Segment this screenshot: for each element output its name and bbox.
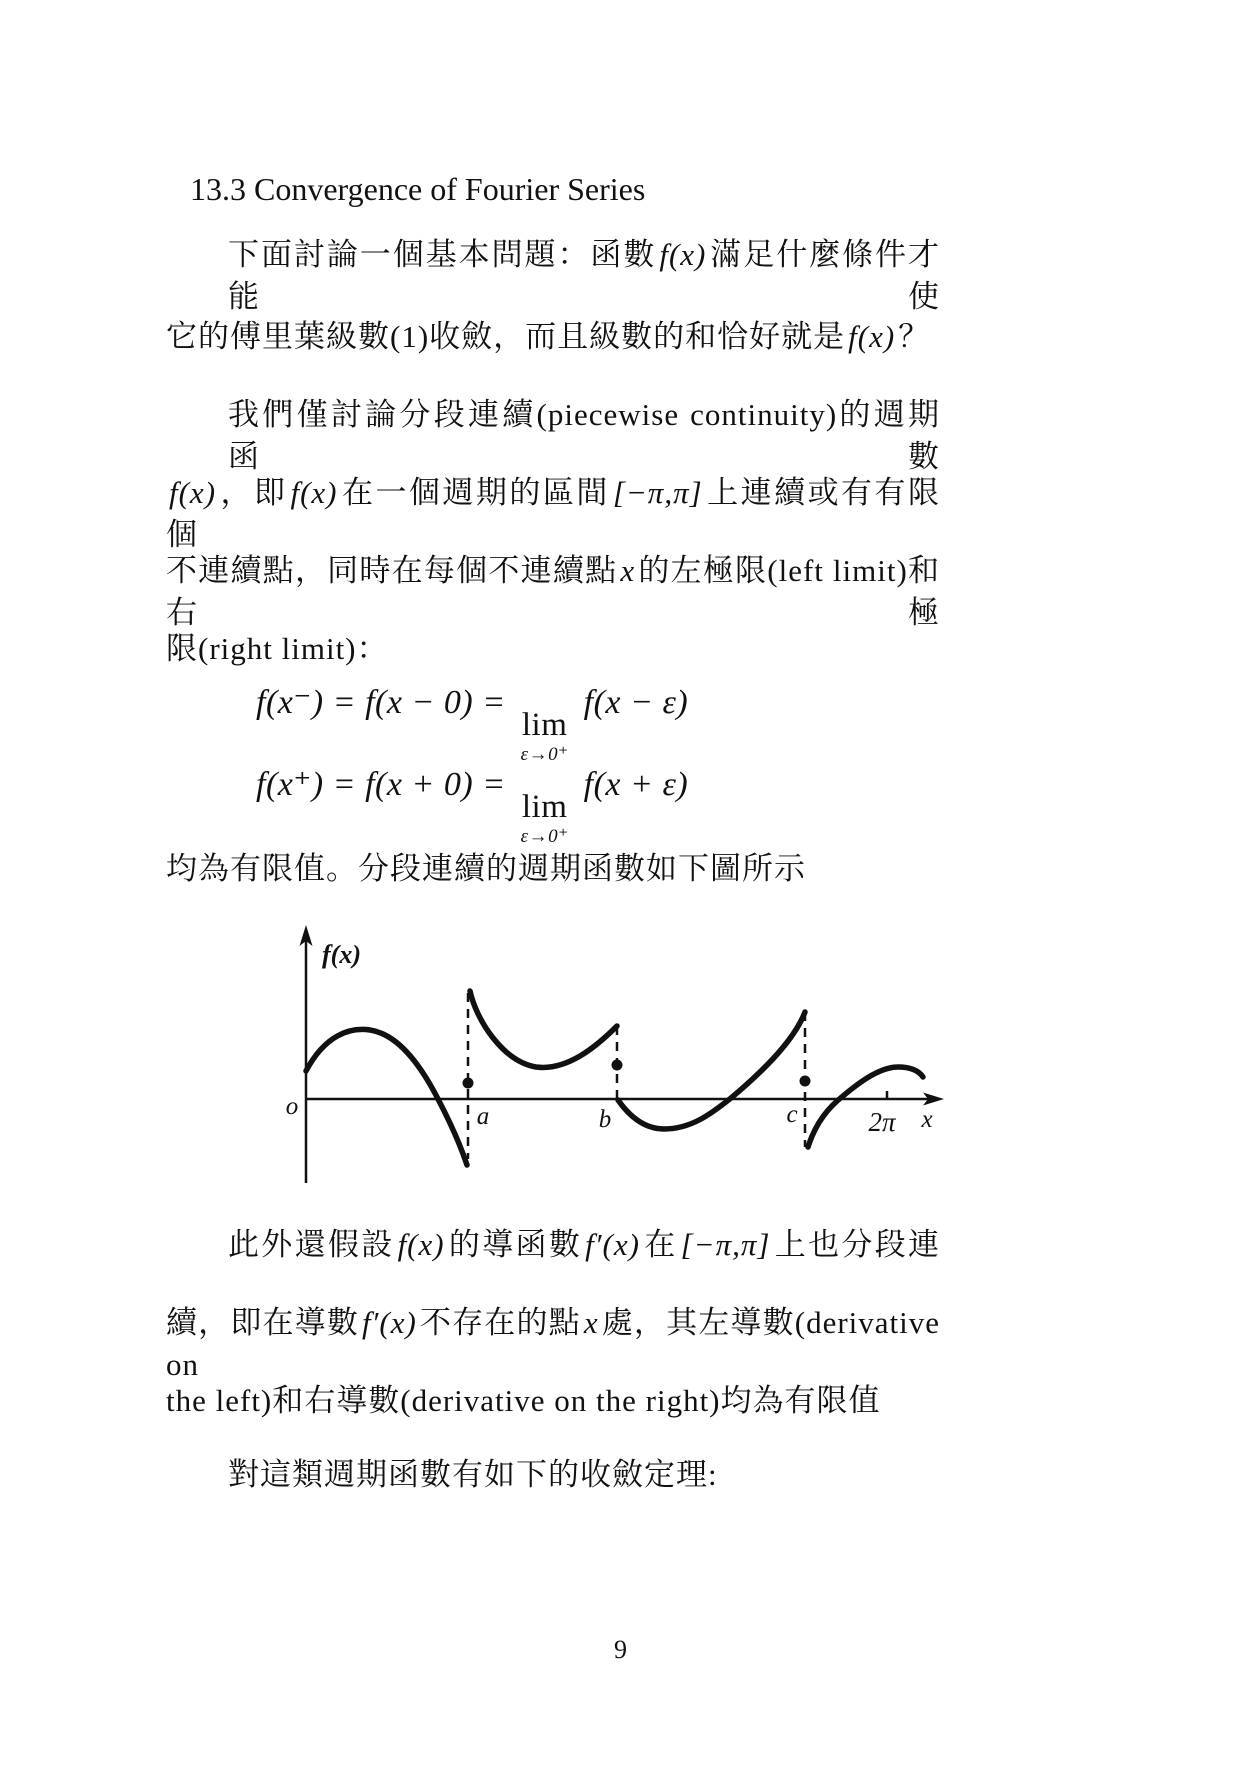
inline-text: 不存在的點 (420, 1305, 581, 1340)
figure-svg: f(x) o a b c 2π x (270, 915, 960, 1190)
section-title: 13.3 Convergence of Fourier Series (190, 168, 645, 211)
curve-segment-3 (618, 1012, 805, 1129)
inline-text: ？ (898, 319, 930, 354)
inline-math: f(x) (395, 1227, 448, 1262)
inline-text: 的導函數 (448, 1227, 583, 1262)
piecewise-function-figure: f(x) o a b c 2π x (270, 915, 960, 1190)
inline-math: x (617, 553, 638, 588)
inline-text: 我們僅討論分段連續(piecewise continuity)的週期函數 (228, 397, 940, 474)
inline-math: [−π,π] (678, 1227, 774, 1262)
paragraph-3-line-1: 此外還假設f(x)的導函數f′(x)在[−π,π]上也分段連 (228, 1224, 940, 1266)
inline-text: 下面討論一個基本問題：函數 (228, 237, 656, 272)
paragraph-2-line-2: f(x)，即f(x)在一個週期的區間[−π,π]上連續或有有限個 (166, 472, 940, 556)
inline-text: 此外還假設 (228, 1227, 395, 1262)
label-b: b (599, 1106, 612, 1133)
curve-segment-2 (470, 991, 617, 1067)
inline-math: f(x) (845, 319, 898, 354)
document-page: 13.3 Convergence of Fourier Series 下面討論一… (0, 0, 1241, 1766)
origin-label: o (286, 1093, 299, 1120)
inline-text: 上也分段連 (773, 1227, 940, 1262)
inline-text: 在一個週期的區間 (341, 475, 610, 510)
inline-math: f′(x) (359, 1305, 420, 1340)
inline-text: 不連續點，同時在每個不連續點 (166, 553, 617, 588)
curve-segment-1 (306, 1029, 467, 1165)
paragraph-3-line-3: the left)和右導數(derivative on the right)均為… (166, 1380, 881, 1422)
inline-text: 均為有限值。分段連續的週期函數如下圖所示 (166, 851, 806, 886)
label-c: c (786, 1101, 797, 1128)
inline-text: 它的傅里葉級數(1)收斂，而且級數的和恰好就是 (166, 319, 845, 354)
label-2pi: 2π (868, 1107, 897, 1137)
formula-right-limit-lhs: f(x⁺) = f(x + 0) = (256, 766, 506, 803)
inline-text: 對這類週期函數有如下的收斂定理: (228, 1457, 718, 1492)
paragraph-2-line-4: 限(right limit)： (166, 628, 389, 670)
page-number: 9 (0, 1635, 1241, 1665)
discontinuity-dot-b (612, 1060, 623, 1071)
inline-text: the left)和右導數(derivative on the right)均為… (166, 1383, 881, 1418)
inline-math: f′(x) (582, 1227, 643, 1262)
formula-left-limit: f(x⁻) = f(x − 0) = lim ε→0⁺ f(x − ε) (256, 682, 688, 764)
formula-left-limit-lhs: f(x⁻) = f(x − 0) = (256, 684, 506, 721)
formula-left-limit-rhs: f(x − ε) (584, 684, 689, 721)
paragraph-2-line-1: 我們僅討論分段連續(piecewise continuity)的週期函數 (228, 394, 940, 478)
formula-right-limit: f(x⁺) = f(x + 0) = lim ε→0⁺ f(x + ε) (256, 764, 688, 846)
inline-math: [−π,π] (610, 475, 706, 510)
y-axis-label: f(x) (322, 940, 361, 969)
inline-text: 限(right limit)： (166, 631, 389, 666)
curve-segment-4 (808, 1067, 923, 1147)
paragraph-4-line-1: 對這類週期函數有如下的收斂定理: (228, 1454, 718, 1496)
mid-sentence-line: 均為有限值。分段連續的週期函數如下圖所示 (166, 848, 806, 890)
paragraph-1-line-1: 下面討論一個基本問題：函數f(x)滿足什麼條件才能使 (228, 234, 940, 318)
inline-math: x (581, 1305, 602, 1340)
x-axis-label: x (920, 1106, 932, 1133)
limit-operator: lim ε→0⁺ (521, 709, 569, 764)
inline-text: ，即 (219, 475, 287, 510)
paragraph-3-line-2: 續，即在導數f′(x)不存在的點x處，其左導數(derivative on (166, 1302, 940, 1386)
limit-operator: lim ε→0⁺ (521, 791, 569, 846)
inline-text: 續，即在導數 (166, 1305, 359, 1340)
inline-text: 在 (643, 1227, 678, 1262)
discontinuity-dot-c (800, 1076, 811, 1087)
inline-math: f(x) (287, 475, 340, 510)
discontinuity-dot-a (463, 1078, 474, 1089)
formula-right-limit-rhs: f(x + ε) (584, 766, 689, 803)
label-a: a (477, 1103, 490, 1130)
paragraph-2-line-3: 不連續點，同時在每個不連續點x的左極限(left limit)和右極 (166, 550, 940, 634)
inline-math: f(x) (656, 237, 709, 272)
paragraph-1-line-2: 它的傅里葉級數(1)收斂，而且級數的和恰好就是f(x)？ (166, 316, 930, 358)
inline-math: f(x) (166, 475, 219, 510)
